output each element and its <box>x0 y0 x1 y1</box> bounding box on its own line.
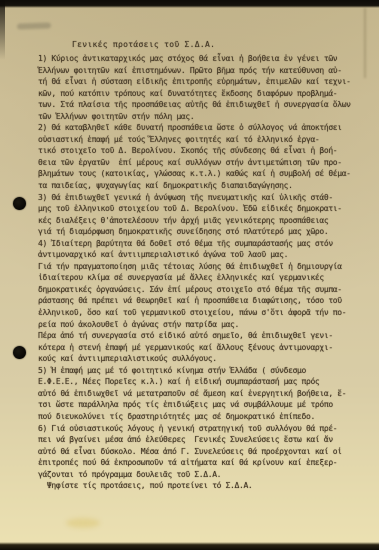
text-line: Γιά τήν πραγματοποίηση μιᾶς τέτοιας λύση… <box>38 261 372 273</box>
text-line: πού διευκολύνει τίς δραστηριότητές μας σ… <box>38 411 372 423</box>
pencil-note-mark <box>17 22 51 29</box>
text-line: 2) Θά καταβληθεῖ κάθε δυνατή προσπάθεια … <box>38 122 372 134</box>
text-line: 4) Ἰδιαίτερη βαρύτητα θά δοθεῖ στό θέμα … <box>38 238 372 250</box>
text-line: αὐτό θά ἐπιδιωχθεῖ νά μετατραποῦν σέ ἄμε… <box>38 388 372 400</box>
text-line: 5) Ἡ ἐπαφή μας μέ τό φοιτητικό κίνημα στ… <box>38 365 372 377</box>
text-line: τσι ὥστε παράλληλα πρός τίς ἐπιδιώξεις μ… <box>38 399 372 411</box>
text-line: ἀντιμοναρχικό καί ἀντιιμπεριαλιστικό ἀγώ… <box>38 249 372 261</box>
text-line: ἐπιτροπές πού θά ἐκπροσωποῦν τά αἰτήματα… <box>38 457 372 469</box>
text-line: κές διαλέξεις θ'ἀποτελέσουν τήν ἀρχή μιᾶ… <box>38 215 372 227</box>
scan-left-edge <box>0 0 5 60</box>
document-title: Γενικές προτάσεις τοῦ Σ.Δ.Α. <box>72 40 215 49</box>
document-text-block: 1) Κύριος ἀντικαταρχικός μας στόχος θά ε… <box>38 53 372 492</box>
text-line: αὐτό θά εἶναι δύσκολο. Μέσα ἀπό Γ. Συνελ… <box>38 446 372 458</box>
page-number-mark <box>347 8 361 19</box>
text-line: κότερα ἡ στενή ἐπαφή μέ γερμανικούς καί … <box>38 342 372 354</box>
text-line: ράστασης θά πρέπει νά θεωρηθεῖ καί ἡ προ… <box>38 295 372 307</box>
text-line: ἑλληνικοῦ, ὅσο καί τοῦ γερμανικοῦ στοιχε… <box>38 307 372 319</box>
text-line: τικό στοιχεῖο τοῦ Δ. Βερολίνου. Σκοπός τ… <box>38 145 372 157</box>
margin-dot-icon <box>13 346 26 359</box>
text-line: οὐσιαστική ἐπαφή μέ τούς Ἕλληνες φοιτητέ… <box>38 134 372 146</box>
text-line: γιά τή διαμόρφωση δημοκρατικῆς συνείδηση… <box>38 226 372 238</box>
text-line: 1) Κύριος ἀντικαταρχικός μας στόχος θά ε… <box>38 53 372 65</box>
text-line: ἰδιαίτερου κλίμα σέ συνεργασία μέ ἄλλες … <box>38 272 372 284</box>
text-line: πει νά βγαίνει μέσα ἀπό ἐλεύθερες Γενικέ… <box>38 434 372 446</box>
text-line: 3) Θά ἐπιδιωχθεῖ γενικά ἡ ἀνύψωση τῆς πν… <box>38 192 372 204</box>
text-line: τα παιδείας, ψυχαγωγίας καί δημοκρατικῆς… <box>38 180 372 192</box>
text-line: Ἑλλήνων φοιτητῶν καί ἐπιστημόνων. Πρῶτο … <box>38 65 372 77</box>
text-line: ρεία πού ἀκολουθεῖ ὁ ἀγώνας στήν πατρίδα… <box>38 319 372 331</box>
paper-stain <box>66 518 100 528</box>
scanned-document-page: Γενικές προτάσεις τοῦ Σ.Δ.Α. 1) Κύριος ἀ… <box>0 0 379 550</box>
text-line: τή θά εἶναι ἡ σύσταση εἰδικῆς ἐπιτροπῆς … <box>38 76 372 88</box>
margin-dot-icon <box>13 197 26 210</box>
scan-bottom-edge <box>0 542 379 550</box>
text-line: Ψηφίστε τίς προτάσεις, πού προτείνει τό … <box>38 480 372 492</box>
text-line: κούς καί ἀντιιμπεριαλιστικούς συλλόγους. <box>38 353 372 365</box>
text-line: δημοκρατικές ὀργανώσεις. Σάν ἐπί μέρους … <box>38 284 372 296</box>
scan-top-edge <box>0 0 379 8</box>
text-line: 6) Γιά οὐσιαστικούς λόγους ἡ γενική στρα… <box>38 423 372 435</box>
text-line: τῶν Ἑλλήνων φοιτητῶν στήν πόλη μας. <box>38 111 372 123</box>
text-line: γάζονται τό πρόγραμμα δουλειᾶς τοῦ Σ.Δ.Α… <box>38 469 372 481</box>
text-line: θεια τῶν ἐργατῶν ἐπί μέρους καί συλλόγων… <box>38 157 372 169</box>
text-line: μης τοῦ ἑλληνικοῦ στοιχείου τοῦ Δ. Βερολ… <box>38 203 372 215</box>
text-line: των. Στά πλαίσια τῆς προσπάθειας αὐτῆς θ… <box>38 99 372 111</box>
text-line: βλημάτων τους (κατοικίας, γλώσσας κ.τ.λ.… <box>38 168 372 180</box>
text-line: Πέρα ἀπό τή συνεργασία στό εἰδικό αὐτό σ… <box>38 330 372 342</box>
text-line: κῶν, πού κατόπιν τρόπους καί δυνατότητες… <box>38 88 372 100</box>
text-line: Ε.Φ.Ε.Ε., Νέες Πορεῖες κ.λ.) καί ἡ εἰδικ… <box>38 376 372 388</box>
